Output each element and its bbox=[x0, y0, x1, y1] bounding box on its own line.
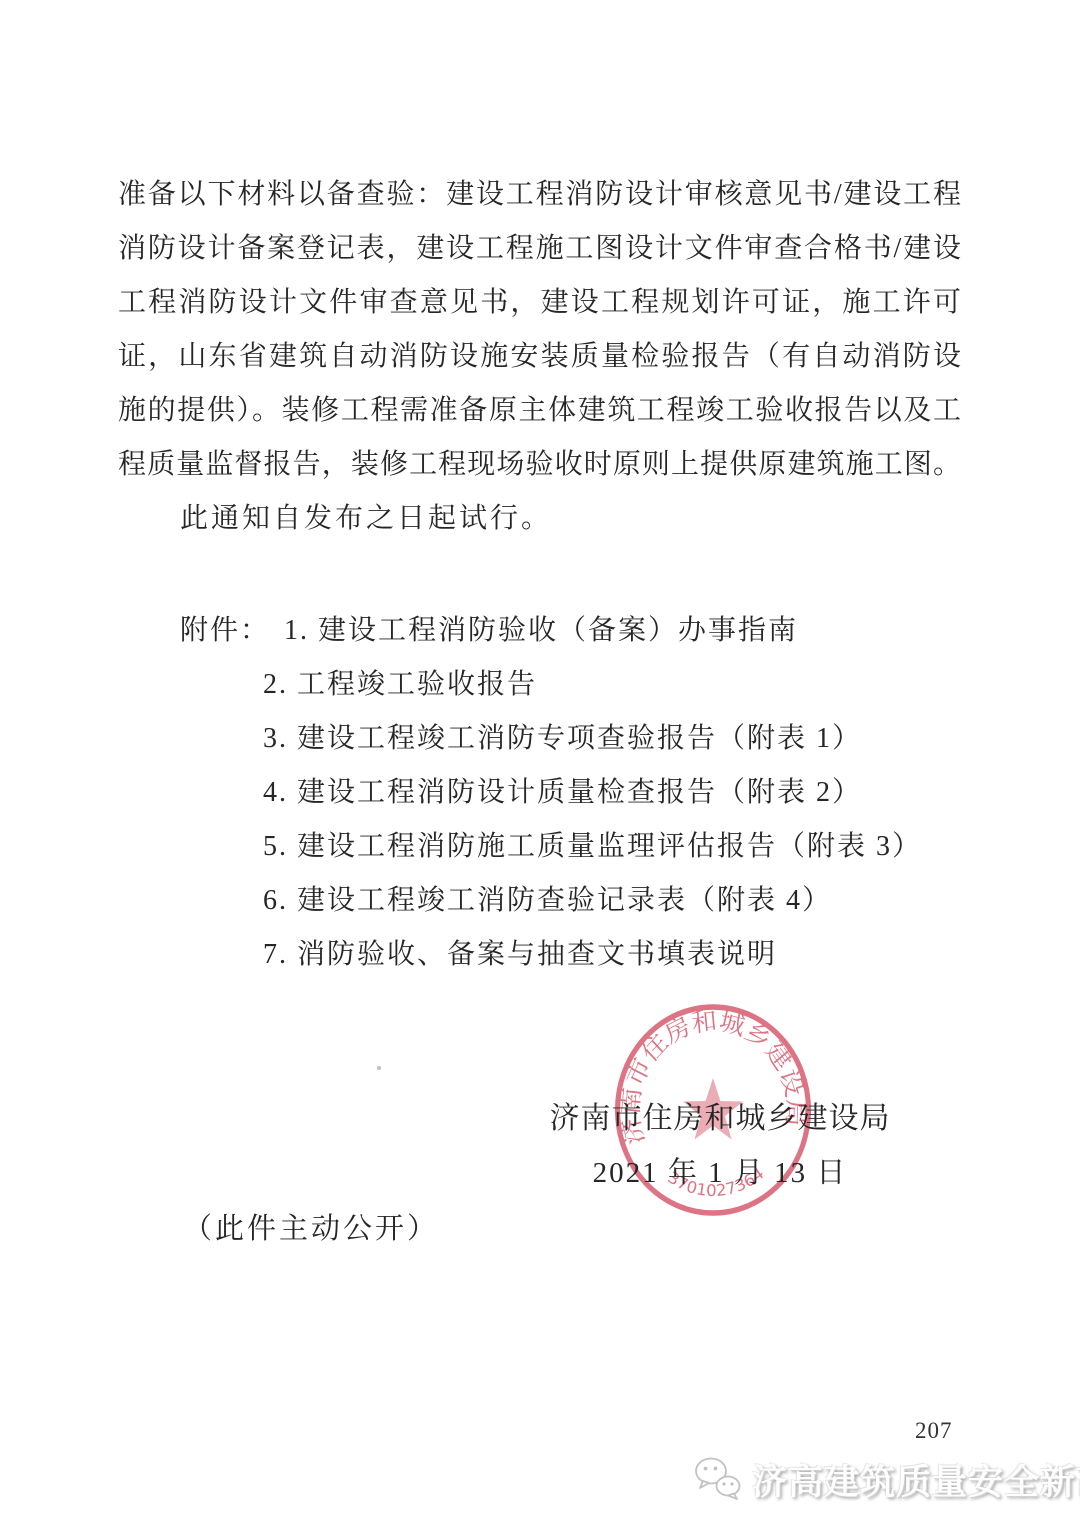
attachment-item: 7. 消防验收、备案与抽查文书填表说明 bbox=[180, 928, 922, 982]
scan-speck bbox=[377, 1066, 381, 1070]
document-page: 准备以下材料以备查验：建设工程消防设计审核意见书/建设工程 消防设计备案登记表，… bbox=[0, 0, 1080, 1527]
attachments-list: 附件：1. 建设工程消防验收（备案）办事指南 2. 工程竣工验收报告 3. 建设… bbox=[180, 604, 922, 982]
closing-line: 此通知自发布之日起试行。 bbox=[118, 492, 962, 546]
attachment-item-text: 1. 建设工程消防验收（备案）办事指南 bbox=[284, 615, 798, 646]
attachment-item: 3. 建设工程竣工消防专项查验报告（附表 1） bbox=[180, 712, 922, 766]
paragraph-line: 程质量监督报告，装修工程现场验收时原则上提供原建筑施工图。 bbox=[118, 438, 962, 492]
attachments-label: 附件： bbox=[180, 615, 270, 646]
footer-brand-text: 济高建筑质量安全新高地 bbox=[752, 1455, 1080, 1505]
disclosure-note: （此件主动公开） bbox=[183, 1206, 439, 1247]
attachment-item: 5. 建设工程消防施工质量监理评估报告（附表 3） bbox=[180, 820, 922, 874]
paragraph-line: 施的提供）。装修工程需准备原主体建筑工程竣工验收报告以及工 bbox=[118, 384, 962, 438]
wechat-icon bbox=[692, 1456, 744, 1504]
main-paragraph: 准备以下材料以备查验：建设工程消防设计审核意见书/建设工程 消防设计备案登记表，… bbox=[118, 168, 962, 546]
paragraph-line: 消防设计备案登记表，建设工程施工图设计文件审查合格书/建设 bbox=[118, 222, 962, 276]
signature-organization: 济南市住房和城乡建设局 bbox=[540, 1093, 900, 1137]
paragraph-line: 证，山东省建筑自动消防设施安装质量检验报告（有自动消防设 bbox=[118, 330, 962, 384]
attachment-item: 2. 工程竣工验收报告 bbox=[180, 658, 922, 712]
paragraph-line: 工程消防设计文件审查意见书，建设工程规划许可证，施工许可 bbox=[118, 276, 962, 330]
attachment-item: 附件：1. 建设工程消防验收（备案）办事指南 bbox=[180, 604, 922, 658]
paragraph-line: 准备以下材料以备查验：建设工程消防设计审核意见书/建设工程 bbox=[118, 168, 962, 222]
attachment-item: 4. 建设工程消防设计质量检查报告（附表 2） bbox=[180, 766, 922, 820]
signature-date: 2021 年 1 月 13 日 bbox=[540, 1150, 900, 1191]
page-number: 207 bbox=[915, 1418, 953, 1444]
attachment-item: 6. 建设工程竣工消防查验记录表（附表 4） bbox=[180, 874, 922, 928]
footer-brand: 济高建筑质量安全新高地 bbox=[692, 1455, 1080, 1505]
